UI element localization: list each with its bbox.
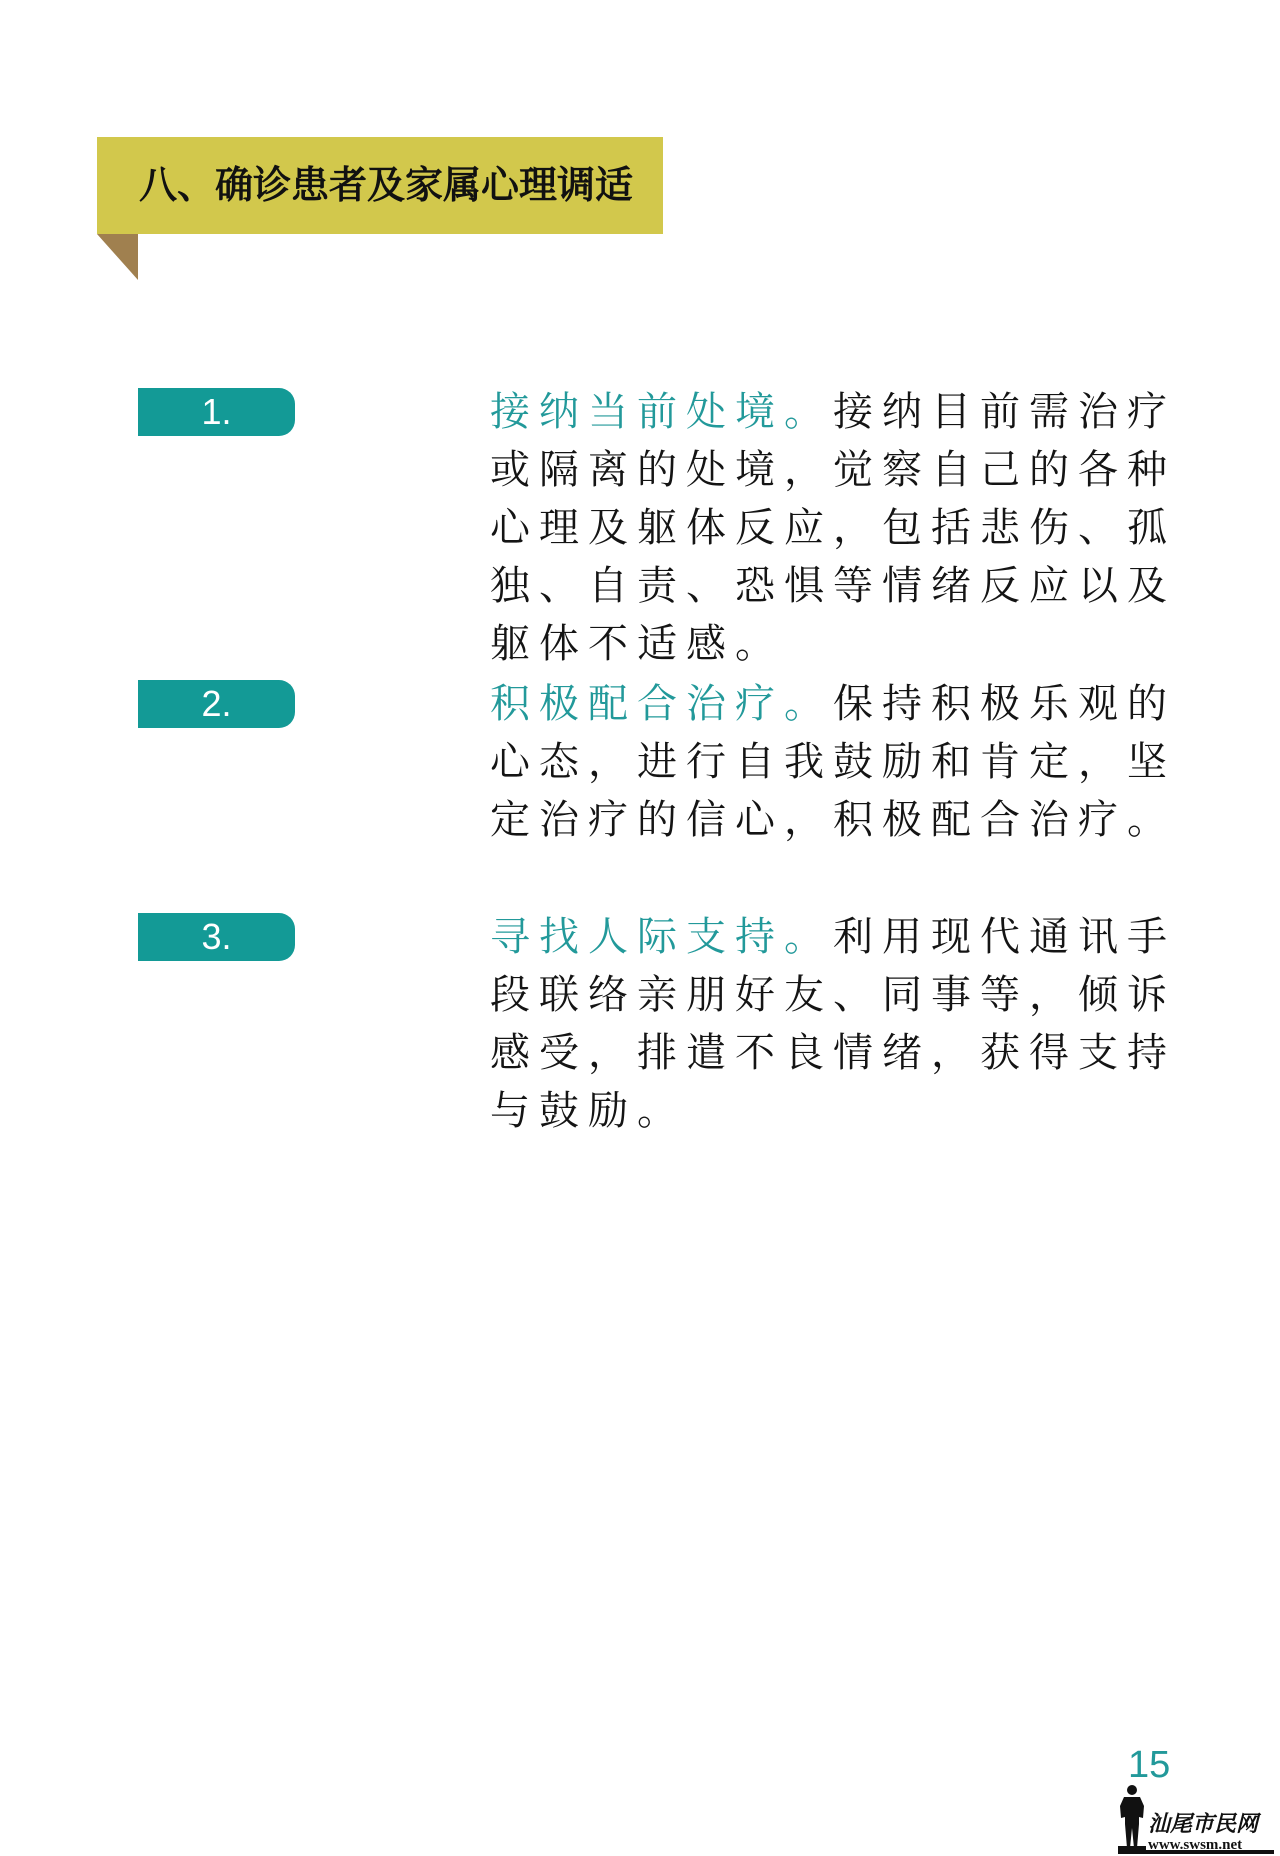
- item-number-badge-3: 3.: [138, 913, 295, 961]
- list-item-1: 接纳当前处境。接纳目前需治疗或隔离的处境，觉察自己的各种心理及躯体反应，包括悲伤…: [490, 383, 1190, 673]
- banner-fold-decoration: [97, 234, 138, 280]
- list-item-2: 积极配合治疗。保持积极乐观的心态，进行自我鼓励和肯定，坚定治疗的信心，积极配合治…: [490, 675, 1190, 849]
- list-item-3: 寻找人际支持。利用现代通讯手段联络亲朋好友、同事等，倾诉感受，排遣不良情绪，获得…: [490, 908, 1190, 1140]
- item-lead-3: 寻找人际支持。: [490, 914, 833, 960]
- person-silhouette-icon: [1116, 1784, 1148, 1854]
- item-number-badge-1: 1.: [138, 388, 295, 436]
- item-lead-1: 接纳当前处境。: [490, 389, 833, 435]
- section-title-banner: 八、确诊患者及家属心理调适: [97, 137, 663, 234]
- site-watermark: 汕尾市民网 www.swsm.net: [1116, 1784, 1276, 1854]
- watermark-base-line: [1118, 1850, 1274, 1854]
- item-lead-2: 积极配合治疗。: [490, 681, 833, 727]
- watermark-site-name: 汕尾市民网: [1148, 1812, 1258, 1836]
- page-number: 15: [1128, 1745, 1170, 1785]
- item-number-badge-2: 2.: [138, 680, 295, 728]
- section-title: 八、确诊患者及家属心理调适: [139, 159, 633, 211]
